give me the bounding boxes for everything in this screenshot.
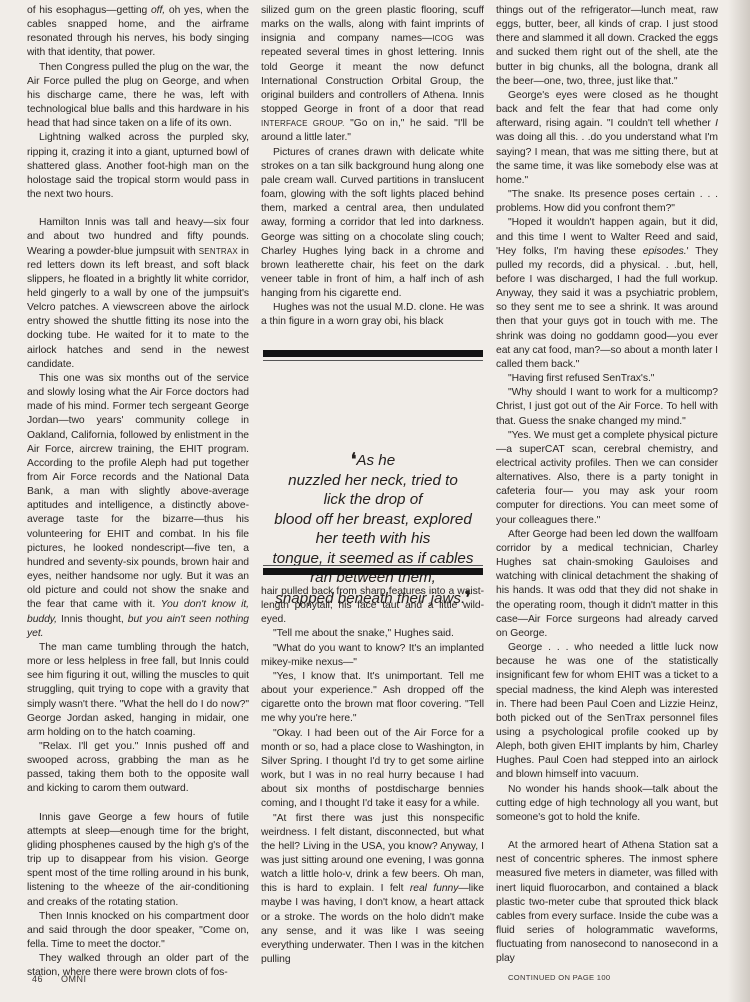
pull-quote: ❛As he nuzzled her neck, tried to lick t… bbox=[263, 350, 483, 578]
paragraph: The man came tumbling through the hatch,… bbox=[27, 641, 249, 740]
small-caps-text: SENTRAX bbox=[199, 247, 238, 256]
paragraph: "Hoped it wouldn't happen again, but it … bbox=[496, 216, 718, 372]
small-caps-text: INTERFACE GROUP. bbox=[261, 119, 345, 128]
paragraph: silized gum on the green plastic floorin… bbox=[261, 4, 484, 146]
small-caps-text: ICOG bbox=[432, 34, 453, 43]
paragraph: of his esophagus—getting off, oh yes, wh… bbox=[27, 4, 249, 61]
paragraph: No wonder his hands shook—talk about the… bbox=[496, 783, 718, 825]
magazine-name: OMNI bbox=[61, 974, 87, 984]
paragraph: This one was six months out of the servi… bbox=[27, 372, 249, 641]
paragraph: Pictures of cranes drawn with delicate w… bbox=[261, 146, 484, 302]
paragraph: "Yes, I know that. It's unimportant. Tel… bbox=[261, 670, 484, 727]
paragraph: "Why should I want to work for a multico… bbox=[496, 386, 718, 428]
paragraph: "The snake. Its presence poses certain .… bbox=[496, 188, 718, 216]
paragraph: Lightning walked across the purpled sky,… bbox=[27, 131, 249, 202]
article-column-1: of his esophagus—getting off, oh yes, wh… bbox=[27, 4, 249, 980]
pull-quote-top-rule bbox=[263, 350, 483, 357]
paragraph: Hamilton Innis was tall and heavy—six fo… bbox=[27, 216, 249, 372]
page-footer: 46OMNI bbox=[32, 974, 87, 984]
page-number: 46 bbox=[32, 974, 43, 984]
paragraph: "Relax. I'll get you." Innis pushed off … bbox=[27, 740, 249, 797]
paragraph: Then Innis knocked on his compartment do… bbox=[27, 910, 249, 952]
article-column-2-bottom: hair pulled back from sharp features int… bbox=[261, 585, 484, 967]
paragraph: Then Congress pulled the plug on the war… bbox=[27, 61, 249, 132]
divider bbox=[263, 360, 483, 361]
paragraph: hair pulled back from sharp features int… bbox=[261, 585, 484, 627]
paragraph: Hughes was not the usual M.D. clone. He … bbox=[261, 301, 484, 329]
paragraph: "At first there was just this nonspecifi… bbox=[261, 812, 484, 968]
article-column-3: things out of the refrigerator—lunch mea… bbox=[496, 4, 718, 966]
paragraph: things out of the refrigerator—lunch mea… bbox=[496, 4, 718, 89]
divider bbox=[263, 565, 483, 566]
paragraph: "Tell me about the snake," Hughes said. bbox=[261, 627, 484, 641]
paragraph: "Yes. We must get a complete physical pi… bbox=[496, 429, 718, 528]
page-gutter-shadow bbox=[728, 0, 750, 1002]
paragraph: "Having first refused SenTrax's." bbox=[496, 372, 718, 386]
paragraph: "What do you want to know? It's an impla… bbox=[261, 642, 484, 670]
paragraph: Innis gave George a few hours of futile … bbox=[27, 811, 249, 910]
paragraph: At the armored heart of Athena Station s… bbox=[496, 839, 718, 966]
paragraph: After George had been led down the wallf… bbox=[496, 528, 718, 641]
article-column-2-top: silized gum on the green plastic floorin… bbox=[261, 4, 484, 330]
pull-quote-bottom-rule bbox=[263, 568, 483, 575]
paragraph: George's eyes were closed as he thought … bbox=[496, 89, 718, 188]
continued-on-page-note: CONTINUED ON PAGE 100 bbox=[508, 973, 610, 982]
paragraph: "Okay. I had been out of the Air Force f… bbox=[261, 727, 484, 812]
paragraph: George . . . who needed a little luck no… bbox=[496, 641, 718, 783]
